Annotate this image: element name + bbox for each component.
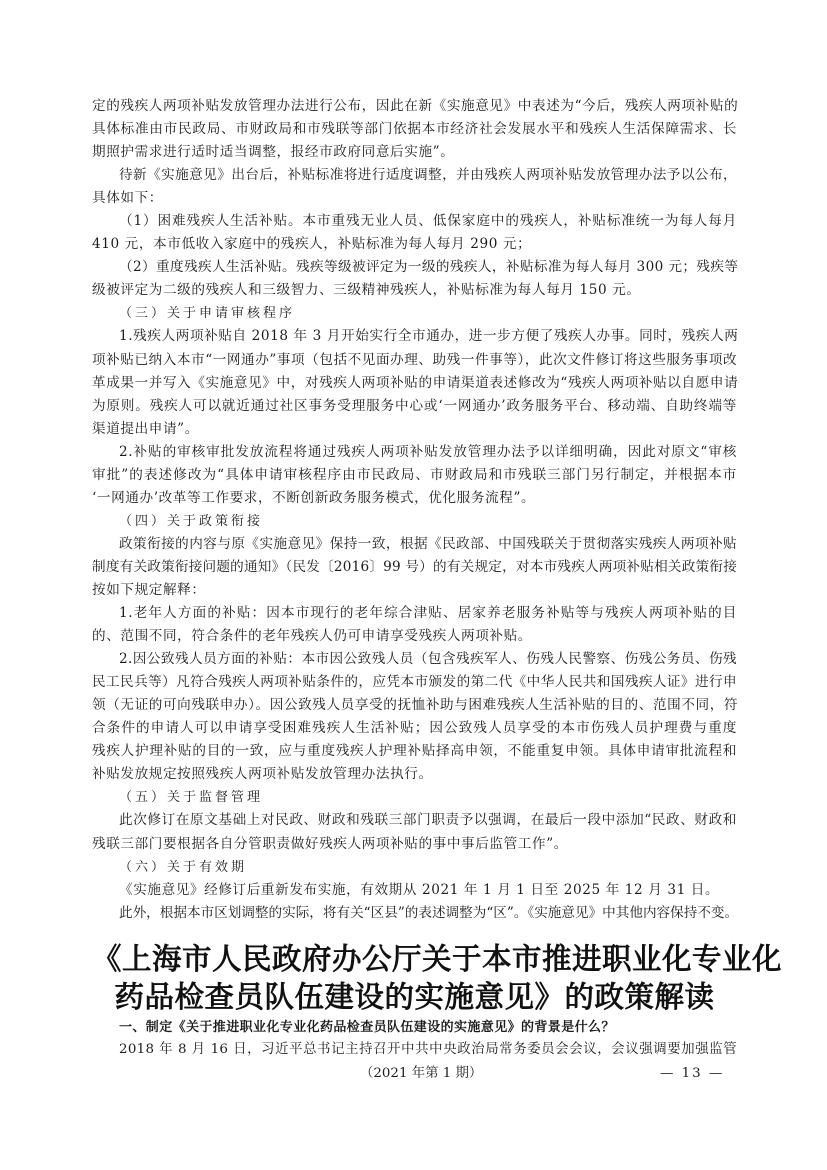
body-line: 政策衔接的内容与原《实施意见》保持一致，根据《民政部、中国残联关于贯彻落实残疾人… (92, 533, 737, 556)
subsection-heading: （五）关于监督管理 (92, 786, 737, 809)
body-line: 合条件的申请人可以申请享受困难残疾人生活补贴；因公致残人员享受的本市伤残人员护理… (92, 717, 737, 740)
body-line: 1.残疾人两项补贴自 2018 年 3 月开始实行全市通办，进一步方便了残疾人办… (92, 325, 737, 348)
subsection-heading: （四）关于政策衔接 (92, 510, 737, 533)
body-line: ‘一网通办’改革等工作要求，不断创新政务服务模式，优化服务流程”。 (92, 487, 737, 510)
body-line: 2.补贴的审核审批发放流程将通过残疾人两项补贴发放管理办法予以详细明确，因此对原… (92, 441, 737, 464)
article-title-line-2: 药品检查员队伍建设的实施意见》的政策解读 (92, 978, 737, 1016)
footer-issue: （2021 年第 1 期） (360, 1064, 482, 1084)
body-line: 具体标准由市民政局、市财政局和市残联等部门依据本市经济社会发展水平和残疾人生活保… (92, 118, 737, 141)
body-line: 此外，根据本市区划调整的实际，将有关“区县”的表述调整为“区”。《实施意见》中其… (92, 902, 737, 925)
body-line: 补贴发放规定按照残疾人两项补贴发放管理办法执行。 (92, 763, 737, 786)
body-line: 制度有关政策衔接问题的通知》（民发〔2016〕99 号）的有关规定，对本市残疾人… (92, 556, 737, 579)
body-line: （2）重度残疾人生活补贴。残疾等级被评定为一级的残疾人，补贴标准为每人每月 30… (92, 256, 737, 279)
body-line: 的、范围不同，符合条件的老年残疾人仍可申请享受残疾人两项补贴。 (92, 625, 737, 648)
body-line: （1）困难残疾人生活补贴。本市重残无业人员、低保家庭中的残疾人，补贴标准统一为每… (92, 210, 737, 233)
article-title-line-1: 《上海市人民政府办公厅关于本市推进职业化专业化 (92, 940, 737, 978)
body-line: 定的残疾人两项补贴发放管理办法进行公布，因此在新《实施意见》中表述为“今后，残疾… (92, 95, 737, 118)
article-title: 《上海市人民政府办公厅关于本市推进职业化专业化 药品检查员队伍建设的实施意见》的… (92, 940, 737, 1016)
body-line: 1.老年人方面的补贴：因本市现行的老年综合津贴、居家养老服务补贴等与残疾人两项补… (92, 602, 737, 625)
body-line: 残联三部门要根据各自分管职责做好残疾人两项补贴的事中事后监管工作”。 (92, 833, 737, 856)
body-line: 410 元，本市低收入家庭中的残疾人，补贴标准为每人每月 290 元； (92, 233, 737, 256)
body-text: 定的残疾人两项补贴发放管理办法进行公布，因此在新《实施意见》中表述为“今后，残疾… (92, 95, 737, 925)
body-line: 待新《实施意见》出台后，补贴标准将进行适度调整，并由残疾人两项补贴发放管理办法予… (92, 164, 737, 187)
subsection-heading: （三）关于申请审核程序 (92, 302, 737, 325)
body-line: 革成果一并写入《实施意见》中，对残疾人两项补贴的申请渠道表述修改为“残疾人两项补… (92, 372, 737, 395)
body-line: 项补贴已纳入本市“一网通办”事项（包括不见面办理、助残一件事等），此次文件修订将… (92, 349, 737, 372)
body-line: 民工民兵等）凡符合残疾人两项补贴条件的，应凭本市颁发的第二代《中华人民共和国残疾… (92, 671, 737, 694)
section-first-line: 2018 年 8 月 16 日，习近平总书记主持召开中共中央政治局常务委员会会议… (119, 1040, 737, 1060)
body-line: 渠道提出申请”。 (92, 418, 737, 441)
document-page: 定的残疾人两项补贴发放管理办法进行公布，因此在新《实施意见》中表述为“今后，残疾… (0, 0, 827, 1170)
body-line: 残疾人护理补贴的目的一致，应与重度残疾人护理补贴择高申领，不能重复申领。具体申请… (92, 740, 737, 763)
body-line: 具体如下： (92, 187, 737, 210)
body-line: 领（无证的可向残联申办）。因公致残人员享受的抚恤补助与困难残疾人生活补贴的目的、… (92, 694, 737, 717)
body-line: 期照护需求进行适时适当调整，报经市政府同意后实施”。 (92, 141, 737, 164)
body-line: 2.因公致残人员方面的补贴：本市因公致残人员（包含残疾军人、伤残人民警察、伤残公… (92, 648, 737, 671)
subsection-heading: （六）关于有效期 (92, 856, 737, 879)
body-line: 审批”的表述修改为“具体申请审核程序由市民政局、市财政局和市残联三部门另行制定，… (92, 464, 737, 487)
body-line: 级被评定为二级的残疾人和三级智力、三级精神残疾人，补贴标准为每人每月 150 元… (92, 279, 737, 302)
body-line: 按如下规定解释： (92, 579, 737, 602)
body-line: 《实施意见》经修订后重新发布实施，有效期从 2021 年 1 月 1 日至 20… (92, 879, 737, 902)
body-line: 此次修订在原文基础上对民政、财政和残联三部门职责予以强调，在最后一段中添加“民政… (92, 809, 737, 832)
section-question-heading: 一、制定《关于推进职业化专业化药品检查员队伍建设的实施意见》的背景是什么？ (119, 1018, 615, 1038)
footer-page-number: — 13 — (660, 1064, 724, 1084)
body-line: 为原则。残疾人可以就近通过社区事务受理服务中心或‘一网通办’政务服务平台、移动端… (92, 395, 737, 418)
